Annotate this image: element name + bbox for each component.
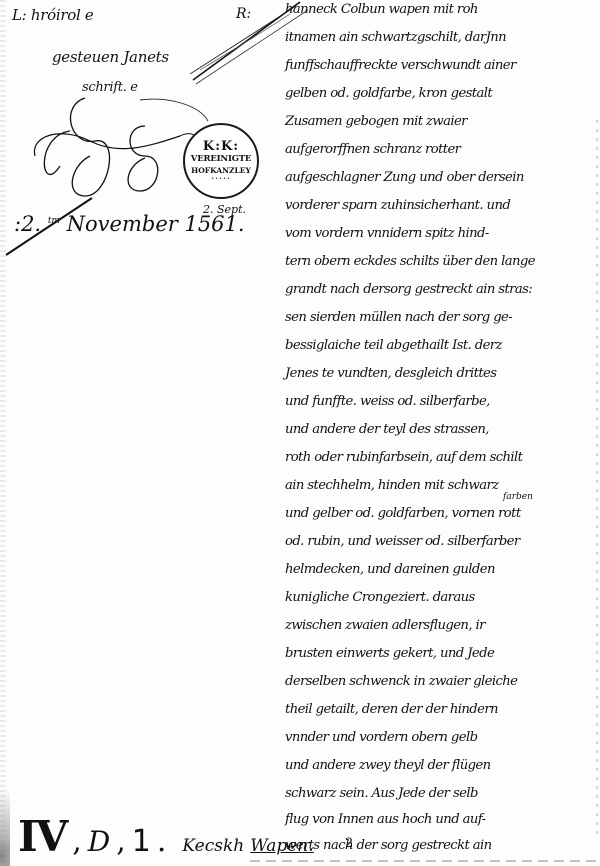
body-line: und gelber od. goldfarben, vornen rott bbox=[285, 506, 521, 521]
body-line: aufgerorffnen schranz rotter bbox=[285, 142, 460, 157]
page-number: 2 bbox=[345, 836, 353, 851]
archive-volume: IV bbox=[18, 812, 66, 861]
archive-label: Kecskh bbox=[182, 836, 244, 856]
date-prefix: :2. bbox=[14, 212, 41, 236]
body-line: werts nach der sorg gestreckt ain bbox=[285, 838, 492, 853]
stamp-line: VEREINIGTE bbox=[191, 154, 251, 165]
body-line: funffschauffreckte verschwundt ainer bbox=[285, 58, 516, 73]
interlinear-note: farben bbox=[503, 492, 533, 502]
scan-corner-shadow bbox=[0, 760, 10, 866]
body-line: Zusamen gebogen mit zwaier bbox=[285, 114, 467, 129]
archive-separator: , bbox=[72, 824, 82, 859]
stamp-line: HOFKANZLEY bbox=[191, 165, 251, 176]
body-line: vorderer sparn zuhinsicherhant. und bbox=[285, 198, 510, 213]
body-line: grandt nach dersorg gestreckt ain stras: bbox=[285, 282, 532, 297]
archive-section: D bbox=[88, 825, 110, 858]
body-line: hanneck Colbun wapen mit roh bbox=[285, 2, 478, 17]
stamp-line: K:K: bbox=[203, 140, 239, 154]
body-line: itnamen ain schwartzgschilt, darJnn bbox=[285, 30, 506, 45]
body-line: vnnder und vordern obern gelb bbox=[285, 730, 477, 745]
body-line: Jenes te vundten, desgleich drittes bbox=[285, 366, 496, 381]
body-line: theil getailt, deren der der hindern bbox=[285, 702, 498, 717]
body-line: kunigliche Crongeziert. daraus bbox=[285, 590, 475, 605]
body-line: tern obern eckdes schilts über den lange bbox=[285, 254, 535, 269]
body-line: brusten einwerts gekert, und Jede bbox=[285, 646, 494, 661]
body-line: ain stechhelm, hinden mit schwarz bbox=[285, 478, 499, 493]
date-text: November 1561. bbox=[67, 212, 245, 236]
stamp-line: ••••• bbox=[211, 176, 231, 183]
archive-category: Wapen. bbox=[250, 836, 313, 856]
body-line: bessiglaiche teil abgethailt Ist. derz bbox=[285, 338, 502, 353]
body-line: helmdecken, und dareinen gulden bbox=[285, 562, 495, 577]
archive-separator: . bbox=[157, 824, 167, 859]
archive-number: 1 bbox=[132, 824, 151, 859]
body-line: sen sierden müllen nach der sorg ge- bbox=[285, 310, 512, 325]
body-line: zwischen zwaien adlersflugen, ir bbox=[285, 618, 485, 633]
body-line: schwarz sein. Aus Jede der selb bbox=[285, 786, 478, 801]
body-line: flug von Innen aus hoch und auf- bbox=[285, 812, 485, 827]
body-line: derselben schwenck in zwaier gleiche bbox=[285, 674, 517, 689]
body-line: und funffte. weiss od. silberfarbe, bbox=[285, 394, 490, 409]
archive-reference: IV , D , 1 . Kecskh Wapen. bbox=[18, 812, 314, 861]
body-line: und andere der teyl des strassen, bbox=[285, 422, 489, 437]
date-superscript: tm bbox=[48, 216, 60, 226]
archive-separator: , bbox=[116, 824, 126, 859]
body-line: gelben od. goldfarbe, kron gestalt bbox=[285, 86, 492, 101]
manuscript-page: R: L: hróirol e gesteuen Janets schrift.… bbox=[0, 0, 600, 866]
document-date: :2. tm November 1561. bbox=[14, 212, 245, 236]
scan-right-edge bbox=[596, 120, 598, 840]
body-line: od. rubin, und weisser od. silberfarber bbox=[285, 534, 520, 549]
body-line: aufgeschlagner Zung und ober dersein bbox=[285, 170, 524, 185]
body-line: roth oder rubinfarbsein, auf dem schilt bbox=[285, 450, 522, 465]
official-stamp: K:K: VEREINIGTE HOFKANZLEY ••••• bbox=[183, 123, 259, 199]
body-line: vom vordern vnnidern spitz hind- bbox=[285, 226, 489, 241]
body-line: und andere zwey theyl der flügen bbox=[285, 758, 491, 773]
